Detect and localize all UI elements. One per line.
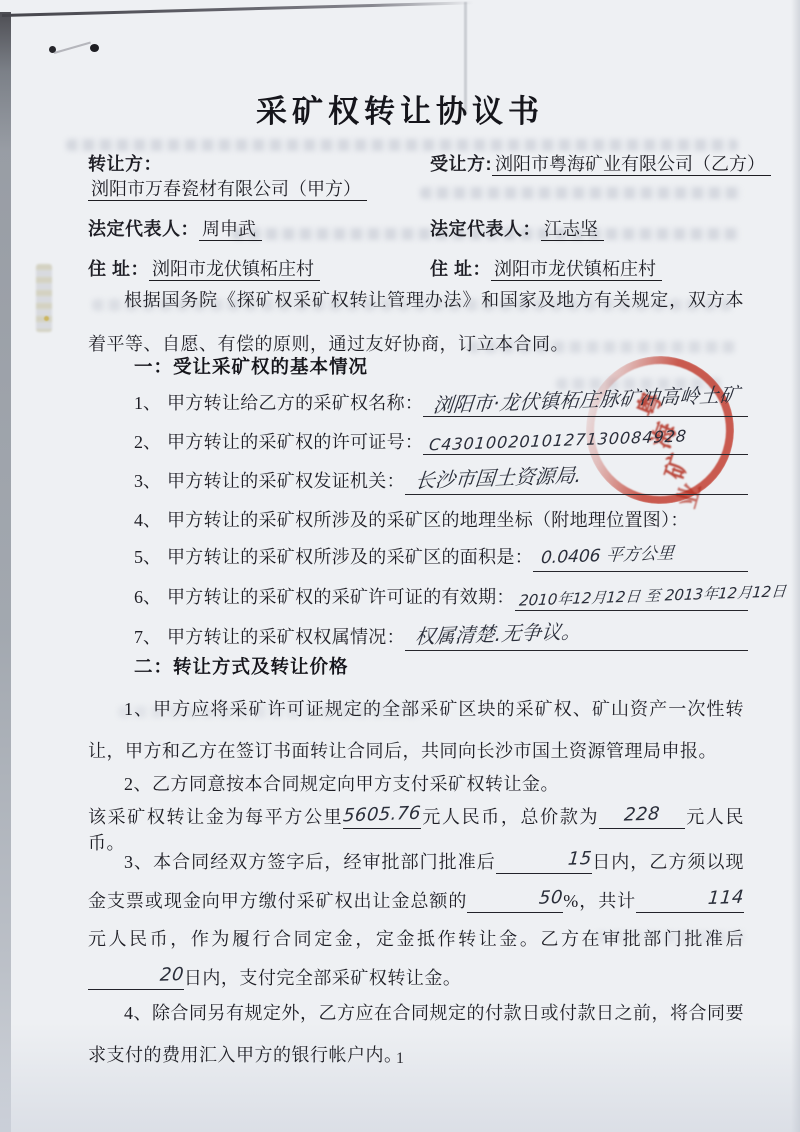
percent-fill-line: 50 <box>467 891 563 913</box>
item-label: 甲方转让的采矿权的许可证号： <box>167 431 423 455</box>
handwritten-amount: 114 <box>671 887 745 910</box>
para3-text: 3、本合同经双方签字后，经审批部门批准后 <box>124 852 496 872</box>
handwritten-issuing-authority: 长沙市国土资源局. <box>404 464 582 494</box>
legal-rep-label: 法定代表人： <box>430 219 541 239</box>
section2-paragraph1: 1、甲方应将采矿许可证规定的全部采矿区块的采矿权、矿山资产一次性转让，甲方和乙方… <box>88 688 744 772</box>
item-fill-line: 权属清楚.无争议。 <box>405 625 748 651</box>
item-number: 6、 <box>134 586 167 610</box>
section2-heading: 二：转让方式及转让价格 <box>134 653 349 679</box>
item-fill-line: C4301002010127130084928 <box>423 431 748 456</box>
transferee-rep-value: 江志坚 <box>541 219 604 241</box>
item-label: 甲方转让的采矿权的采矿许可证的有效期： <box>167 586 515 610</box>
item-label: 甲方转让给乙方的采矿权名称： <box>167 392 423 416</box>
item-fill-line <box>689 509 748 533</box>
days1-fill-line: 15 <box>496 852 592 874</box>
handwritten-validity-period: 2010年12月12日 至 2013年12月12日 <box>514 580 787 613</box>
contract-item: 5、 甲方转让的采矿权所涉及的采矿区的面积是： 0.0406 平方公里 <box>88 546 748 572</box>
para3-text: 元人民币，作为履行合同定金，定金抵作转让金。乙方在审批部门批准后 <box>88 929 744 949</box>
address-label: 住 址： <box>88 259 149 279</box>
staple-hole-artifact <box>90 44 99 52</box>
handwritten-total: 228 <box>623 804 661 825</box>
transferor-rep-line: 法定代表人：周申武 <box>88 217 430 242</box>
contract-item: 1、 甲方转让给乙方的采矿权名称： 浏阳市·龙伏镇柘庄脉矿冲高岭土矿 <box>88 391 748 417</box>
item-number: 2、 <box>134 431 167 455</box>
contract-item: 2、 甲方转让的采矿权的许可证号： C430100201012713008492… <box>88 431 748 456</box>
item-number: 7、 <box>134 626 167 650</box>
contract-item: 6、 甲方转让的采矿权的采矿许可证的有效期： 2010年12月12日 至 201… <box>88 586 748 612</box>
price-text: 该采矿权转让金为每平方公里 <box>88 807 343 827</box>
margin-bleedthrough-smudge <box>36 264 52 332</box>
section2-paragraph3: 3、本合同经双方签字后，经审批部门批准后15日内，乙方须以现金支票或现金向甲方缴… <box>88 843 744 997</box>
para3-text: 日内，支付完全部采矿权转让金。 <box>184 968 462 988</box>
contract-item: 7、 甲方转让的采矿权权属情况： 权属清楚.无争议。 <box>88 625 748 651</box>
amount-fill-line: 114 <box>636 891 744 913</box>
transferee-value: 浏阳市粤海矿业有限公司（乙方） <box>492 154 771 176</box>
contract-item: 4、 甲方转让的采矿权所涉及的采矿区的地理坐标（附地理位置图）： <box>88 509 748 533</box>
item-fill-line: 2010年12月12日 至 2013年12月12日 <box>515 586 748 612</box>
section1-heading: 一：受让采矿权的基本情况 <box>134 353 368 379</box>
item-label: 甲方转让的采矿权发证机关： <box>167 470 405 494</box>
address-label: 住 址： <box>430 259 491 279</box>
transferor-value: 浏阳市万春瓷材有限公司（甲方） <box>88 179 367 201</box>
item-fill-line: 长沙市国土资源局. <box>405 469 748 495</box>
transferee-line: 受让方:浏阳市粤海矿业有限公司（乙方） <box>430 152 786 202</box>
days2-fill-line: 20 <box>88 968 184 990</box>
price-total-fill-line: 228 <box>599 807 685 829</box>
item-label: 甲方转让的采矿权所涉及的采矿区的地理坐标（附地理位置图）： <box>167 509 689 533</box>
transferee-rep-line: 法定代表人：江志坚 <box>430 217 786 242</box>
handwritten-rate: 5605.76 <box>342 804 422 827</box>
handwritten-days2: 20 <box>123 964 185 986</box>
margin-ink-dot <box>44 316 49 321</box>
scanned-contract-page: 粤 海 矿 业 采矿权转让协议书 转让方：浏阳市万春瓷材有限公司（甲方） 受让方… <box>0 0 800 1132</box>
item-fill-line: 浏阳市·龙伏镇柘庄脉矿冲高岭土矿 <box>423 391 748 417</box>
item-fill-line: 0.0406 平方公里 <box>533 546 748 572</box>
item-number: 4、 <box>134 509 167 533</box>
handwritten-ownership-status: 权属清楚.无争议。 <box>404 620 582 650</box>
para3-text: %，共计 <box>563 891 636 911</box>
bleed-through-artifact <box>66 139 738 151</box>
parties-block: 转让方：浏阳市万春瓷材有限公司（甲方） 受让方:浏阳市粤海矿业有限公司（乙方） … <box>88 152 786 282</box>
transferor-rep-value: 周申武 <box>199 219 262 241</box>
document-title: 采矿权转让协议书 <box>0 86 800 131</box>
item-number: 1、 <box>134 392 167 416</box>
legal-rep-label: 法定代表人： <box>88 219 199 239</box>
item-number: 5、 <box>134 546 167 570</box>
item-label: 甲方转让的采矿权所涉及的采矿区的面积是： <box>167 546 533 570</box>
handwritten-days1: 15 <box>531 849 593 871</box>
item-number: 3、 <box>134 470 167 494</box>
scan-right-edge-artifact <box>791 0 800 1132</box>
transferee-label: 受让方: <box>430 154 492 174</box>
scan-left-edge-artifact <box>0 12 11 1132</box>
contract-item: 3、 甲方转让的采矿权发证机关： 长沙市国土资源局. <box>88 469 748 495</box>
price-rate-fill-line: 5605.76 <box>343 807 421 829</box>
handwritten-area-value: 0.0406 平方公里 <box>532 542 675 571</box>
transferor-line: 转让方：浏阳市万春瓷材有限公司（甲方） <box>88 152 430 202</box>
handwritten-license-number: C4301002010127130084928 <box>422 424 688 457</box>
transferor-label: 转让方： <box>88 154 162 174</box>
section2-paragraph2: 2、乙方同意按本合同规定向甲方支付采矿权转让金。 <box>88 770 744 796</box>
staple-scratch-artifact <box>54 42 91 54</box>
page-number: 1 <box>0 1050 800 1068</box>
handwritten-mining-right-name: 浏阳市·龙伏镇柘庄脉矿冲高岭土矿 <box>422 383 740 418</box>
price-text: 元人民币，总价款为 <box>421 807 599 827</box>
section1-items: 1、 甲方转让给乙方的采矿权名称： 浏阳市·龙伏镇柘庄脉矿冲高岭土矿 2、 甲方… <box>88 391 748 665</box>
handwritten-percent: 50 <box>503 887 565 909</box>
item-label: 甲方转让的采矿权权属情况： <box>167 626 405 650</box>
scan-top-edge-artifact <box>2 1 474 17</box>
